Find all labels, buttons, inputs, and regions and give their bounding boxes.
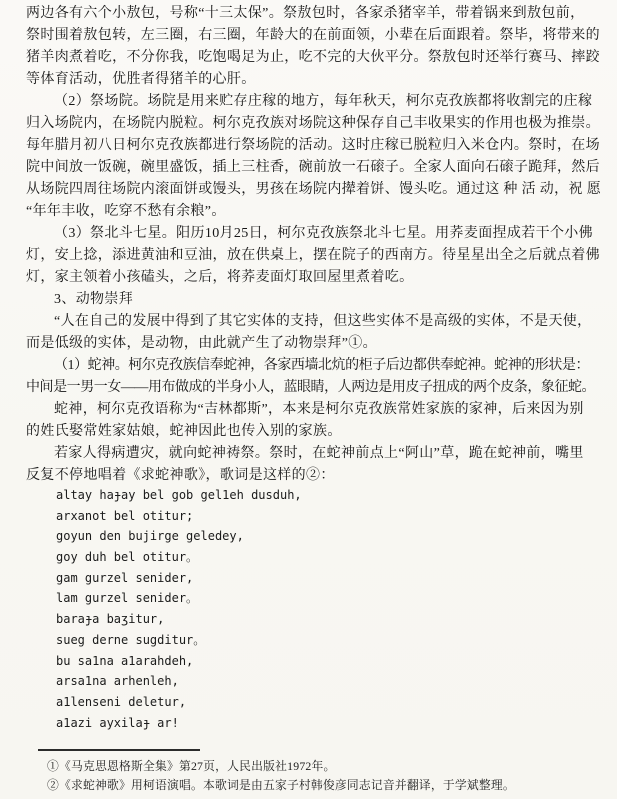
lyric-line: sueg derne sugditur。 [56, 630, 302, 651]
body-text-line: 若家人得病遭灾，就向蛇神祷祭。祭时，在蛇神前点上“阿山”草，跪在蛇神前，嘴里 [26, 443, 608, 465]
body-text-line: 院中间放一饭碗，碗里盛饭，插上三柱香，碗前放一石磙子。全家人面向石磙子跪拜，然后 [26, 157, 608, 179]
body-text-block: 两边各有六个小敖包，号称“十三太保”。祭敖包时，各家杀猪宰羊，带着锅来到敖包前，… [26, 3, 608, 487]
body-text-line: 灯，家主领着小孩磕头，之后，将荞麦面灯取回屋里煮着吃。 [26, 267, 608, 289]
body-text-line: 蛇神，柯尔克孜语称为“吉林都斯”，本来是柯尔克孜族常姓家族的家神，后来因为别 [26, 399, 608, 421]
body-text-line: 的姓氏娶常姓家姑娘，蛇神因此也传入别的家族。 [26, 421, 608, 443]
body-text-line: 而是低级的实体，是动物，由此就产生了动物崇拜”①。 [26, 333, 608, 355]
body-text-line: 反复不停地唱着《求蛇神歌》，歌词是这样的②： [26, 465, 608, 487]
body-text-line: 祭时围着敖包转，左三圈，右三圈，年龄大的在前面领，小辈在后面跟着。祭毕，将带来的 [26, 25, 608, 47]
body-text-line: 3、动物崇拜 [26, 289, 608, 311]
body-text-line: 猪羊肉煮着吃，不分你我，吃饱喝足为止，吃不完的大伙平分。祭敖包时还举行赛马、摔跤 [26, 47, 608, 69]
body-text-line: 每年腊月初八日柯尔克孜族都进行祭场院的活动。这时庄稼已脱粒归入米仓内。祭时，在场 [26, 135, 608, 157]
lyric-line: gam gurzel senider, [56, 568, 302, 589]
body-text-line: （3）祭北斗七星。阳历10月25日，柯尔克孜族祭北斗七星。用荞麦面捏成若干个小佛 [26, 223, 608, 245]
body-text-line: 灯，安上捻，添进黄油和豆油，放在供桌上，摆在院子的西南方。待星星出全之后就点着佛 [26, 245, 608, 267]
body-text-line: “人在自己的发展中得到了其它实体的支持，但这些实体不是高级的实体，不是天使， [26, 311, 608, 333]
body-text-line: 两边各有六个小敖包，号称“十三太保”。祭敖包时，各家杀猪宰羊，带着锅来到敖包前， [26, 3, 608, 25]
lyric-line: arxanot bel otitur; [56, 506, 302, 527]
scanned-book-page: 两边各有六个小敖包，号称“十三太保”。祭敖包时，各家杀猪宰羊，带着锅来到敖包前，… [0, 0, 617, 799]
body-text-line: （1）蛇神。柯尔克孜族信奉蛇神，各家西墙北炕的柜子后边都供奉蛇神。蛇神的形状是： [26, 355, 608, 377]
footnote-divider-line [38, 749, 200, 751]
lyric-line: bu sa1na a1arahdeh, [56, 651, 302, 672]
body-text-line: 等体育活动，优胜者得猪羊的心肝。 [26, 69, 608, 91]
body-text-line: 中间是一男一女——用布做成的半身小人，蓝眼睛，人两边是用皮子扭成的两个皮条，象征… [26, 377, 608, 399]
body-text-line: 归入场院内，在场院内脱粒。柯尔克孜族对场院这种保存自己丰收果实的作用也极为推崇。 [26, 113, 608, 135]
lyric-line: goy duh bel otitur。 [56, 547, 302, 568]
body-text-line: “年年丰收，吃穿不愁有余粮”。 [26, 201, 608, 223]
lyric-line: altay haɟay bel gob gel1eh dusduh, [56, 485, 302, 506]
song-lyrics-block: altay haɟay bel gob gel1eh dusduh,arxano… [56, 485, 302, 733]
footnote-line: ①《马克思恩格斯全集》第27页，人民出版社1972年。 [47, 757, 515, 776]
lyric-line: a1azi ayxilaɟ ar! [56, 713, 302, 734]
lyric-line: lam gurzel senider。 [56, 588, 302, 609]
footnotes-block: ①《马克思恩格斯全集》第27页，人民出版社1972年。②《求蛇神歌》用柯语演唱。… [47, 757, 515, 795]
body-text-line: （2）祭场院。场院是用来贮存庄稼的地方，每年秋天，柯尔克孜族都将收割完的庄稼 [26, 91, 608, 113]
lyric-line: baraɟa baʒitur, [56, 609, 302, 630]
lyric-line: a1lenseni deletur, [56, 692, 302, 713]
lyric-line: goyun den bujirge geledey, [56, 526, 302, 547]
lyric-line: arsa1na arhenleh, [56, 671, 302, 692]
body-text-line: 从场院四周往场院内滚面饼或馒头，男孩在场院内撵着饼、馒头吃。通过这 种 活 动，… [26, 179, 608, 201]
footnote-line: ②《求蛇神歌》用柯语演唱。本歌词是由五家子村韩俊彦同志记音并翻译，于学斌整理。 [47, 776, 515, 795]
